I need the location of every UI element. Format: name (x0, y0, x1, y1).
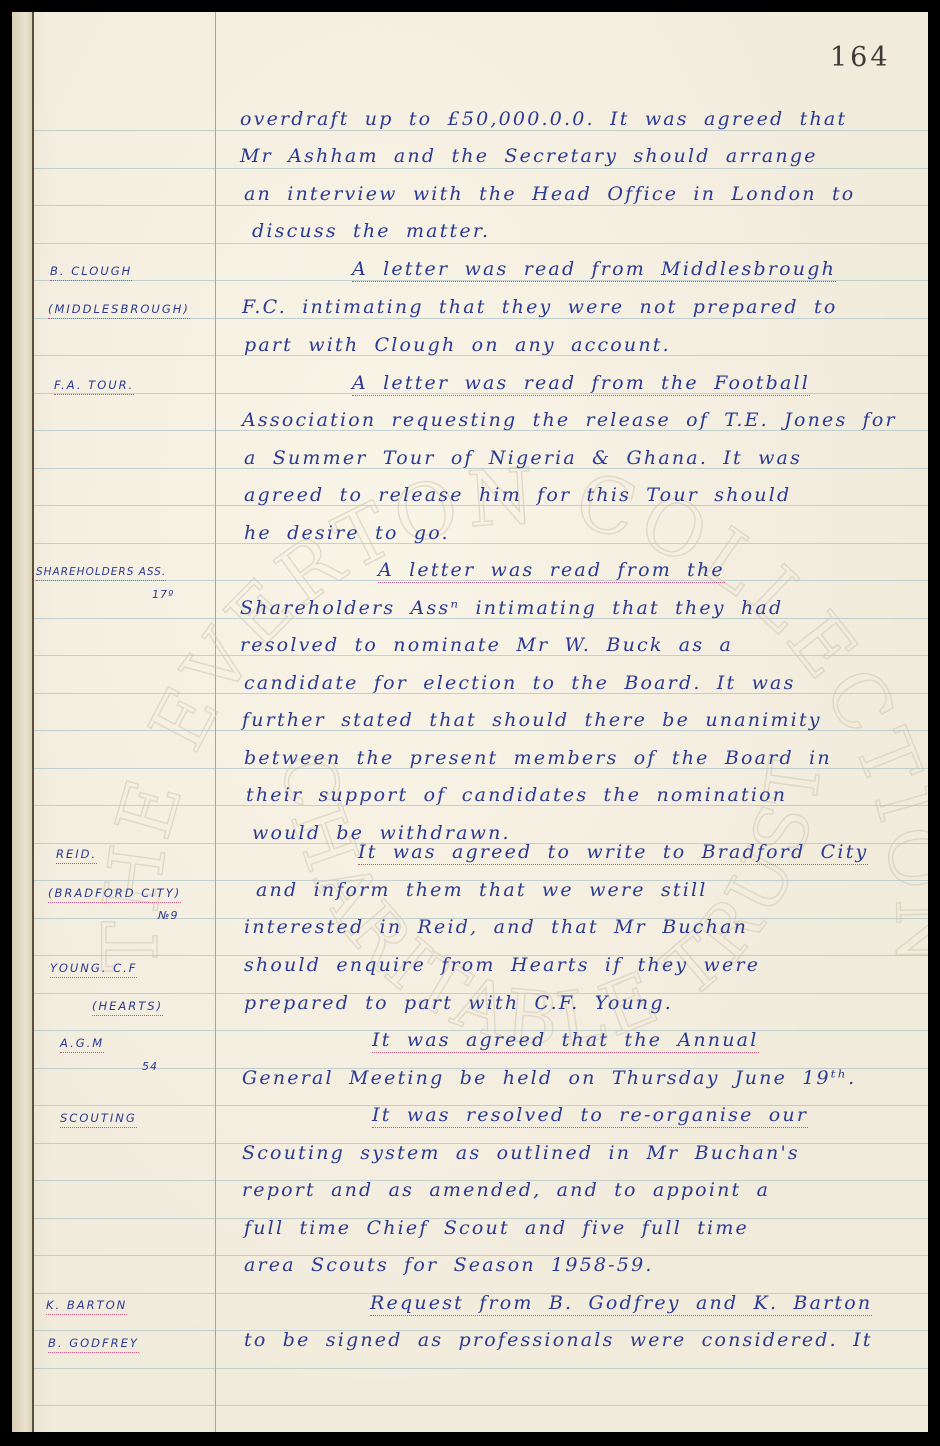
body-line: Scouting system as outlined in Mr Buchan… (242, 1144, 800, 1163)
margin-heading-shareholders: SHAREHOLDERS ASS. (36, 567, 166, 581)
binding-line (32, 12, 34, 1432)
body-line: Mr Ashham and the Secretary should arran… (240, 147, 818, 166)
binding-edge (12, 12, 32, 1432)
ruled-line (34, 243, 928, 244)
margin-heading-barton: K. BARTON (46, 1300, 127, 1315)
body-line: F.C. intimating that they were not prepa… (242, 298, 838, 317)
page-number: 164 (830, 42, 891, 73)
body-line: candidate for election to the Board. It … (244, 674, 796, 693)
ruled-line (34, 543, 928, 544)
body-line: discuss the matter. (252, 222, 490, 241)
body-line: their support of candidates the nominati… (246, 786, 787, 805)
margin-heading-clough: B. CLOUGH (50, 266, 132, 281)
body-line: agreed to release him for this Tour shou… (244, 486, 791, 505)
body-line: overdraft up to £50,000.0.0. It was agre… (240, 110, 847, 129)
body-line: Shareholders Assⁿ intimating that they h… (240, 599, 783, 618)
body-line-underlined: A letter was read from the (378, 561, 725, 583)
margin-heading-middlesbrough: (MIDDLESBROUGH) (48, 304, 190, 319)
body-line: and inform them that we were still (256, 881, 708, 900)
body-line: resolved to nominate Mr W. Buck as a (240, 636, 733, 655)
margin-heading-young: YOUNG. C.F (50, 963, 137, 978)
body-line-underlined: A letter was read from the Football (352, 374, 810, 396)
body-line-underlined: It was agreed to write to Bradford City (358, 843, 868, 865)
body-line-underlined: It was resolved to re-organise our (372, 1106, 808, 1128)
body-line: he desire to go. (244, 524, 450, 543)
margin-line (215, 12, 216, 1432)
scanned-ledger-page: THE EVERTON COLLECTION CHARITABLE TRUST … (0, 0, 940, 1446)
minute-number: №9 (158, 910, 178, 921)
ruled-line (34, 1368, 928, 1369)
margin-heading-bradford-city: (BRADFORD CITY) (48, 888, 181, 903)
margin-heading-hearts: (HEARTS) (92, 1001, 163, 1016)
ledger-page: THE EVERTON COLLECTION CHARITABLE TRUST … (12, 12, 928, 1432)
body-line: interested in Reid, and that Mr Buchan (244, 918, 748, 937)
body-line: an interview with the Head Office in Lon… (244, 185, 855, 204)
body-line: part with Clough on any account. (244, 336, 671, 355)
margin-heading-fa-tour: F.A. TOUR. (54, 380, 134, 395)
body-line: Association requesting the release of T.… (242, 411, 897, 430)
ruled-line (34, 205, 928, 206)
body-line: a Summer Tour of Nigeria & Ghana. It was (244, 449, 802, 468)
body-line-underlined: A letter was read from Middlesbrough (352, 260, 836, 282)
margin-heading-agm: A.G.M (60, 1038, 104, 1053)
margin-heading-reid: REID. (56, 849, 97, 864)
body-line-underlined: Request from B. Godfrey and K. Barton (370, 1294, 872, 1316)
minute-number: 54 (142, 1061, 158, 1072)
ruled-line (34, 1405, 928, 1406)
body-line: General Meeting be held on Thursday June… (242, 1069, 856, 1088)
body-line-underlined: It was agreed that the Annual (372, 1031, 759, 1053)
body-line: further stated that should there be unan… (242, 711, 822, 730)
body-line: should enquire from Hearts if they were (244, 956, 760, 975)
body-line: prepared to part with C.F. Young. (244, 994, 673, 1013)
body-line: area Scouts for Season 1958-59. (244, 1256, 654, 1275)
body-line: to be signed as professionals were consi… (244, 1331, 873, 1350)
minute-number: 17º (152, 589, 174, 600)
margin-heading-scouting: SCOUTING (60, 1113, 137, 1128)
ruled-line (34, 130, 928, 131)
ruled-line (34, 168, 928, 169)
body-line: between the present members of the Board… (244, 749, 832, 768)
margin-heading-godfrey: B. GODFREY (48, 1338, 139, 1353)
body-line: full time Chief Scout and five full time (244, 1219, 749, 1238)
body-line: report and as amended, and to appoint a (242, 1181, 770, 1200)
